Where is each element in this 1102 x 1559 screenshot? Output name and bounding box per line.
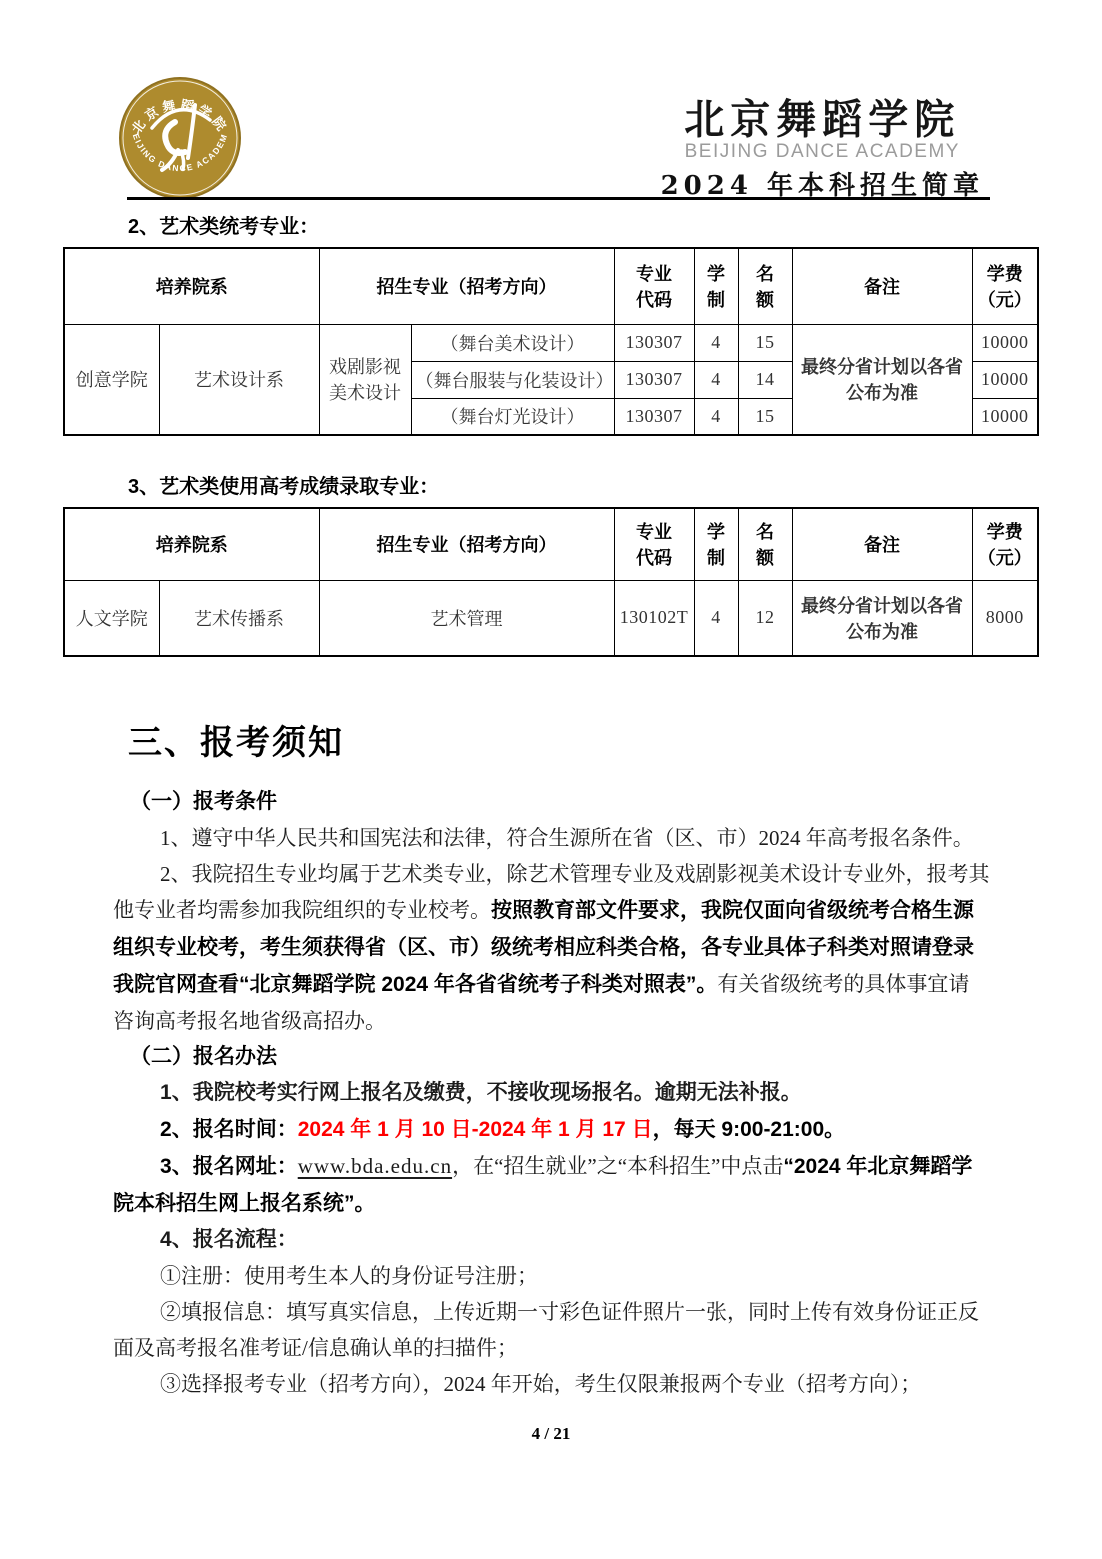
section3-title: 3、艺术类使用高考成绩录取专业：: [128, 470, 990, 499]
academy-seal-logo: 北京舞蹈学院 BEIJING DANCE ACADEMY: [118, 76, 242, 200]
cell-quota: 15: [738, 398, 792, 435]
reg-time-label: 2、报名时间：: [160, 1118, 298, 1141]
col-header-note: 备注: [792, 508, 972, 580]
cell-major: 艺术管理: [319, 580, 614, 656]
table-row: 人文学院 艺术传播系 艺术管理 130102T 4 12 最终分省计划以各省 公…: [64, 580, 1038, 656]
sub-heading-registration: （二）报名办法: [130, 1039, 990, 1075]
col-header-fee: 学费 （元）: [972, 248, 1038, 324]
cell-code: 130307: [614, 398, 694, 435]
page-header: 北京舞蹈学院 BEIJING DANCE ACADEMY 北京舞蹈学院 BEIJ…: [0, 0, 1102, 200]
cell-fee: 10000: [972, 398, 1038, 435]
col-header-dept: 培养院系: [64, 248, 319, 324]
header-divider: [127, 197, 990, 200]
unified-exam-table: 培养院系 招生专业（招考方向） 专业 代码 学 制 名 额 备注 学费 （元） …: [63, 247, 1039, 436]
cell-direction: （舞台服装与化装设计）: [411, 361, 614, 398]
cell-quota: 12: [738, 580, 792, 656]
cell-quota: 15: [738, 324, 792, 361]
cell-direction: （舞台美术设计）: [411, 324, 614, 361]
para-step-2: ②填报信息：填写真实信息，上传近期一寸彩色证件照片一张，同时上传有效身份证正反面…: [113, 1294, 990, 1366]
reg-url-mid: ，在“招生就业”之“本科招生”中点击: [452, 1154, 783, 1178]
cell-college: 人文学院: [64, 580, 159, 656]
seal-icon: 北京舞蹈学院 BEIJING DANCE ACADEMY: [118, 76, 242, 200]
cell-major: 戏剧影视 美术设计: [319, 324, 411, 435]
para-step-3: ③选择报考专业（招考方向），2024 年开始，考生仅限兼报两个专业（招考方向）；: [113, 1366, 990, 1402]
para-reg-time: 2、报名时间：2024 年 1 月 10 日-2024 年 1 月 17 日，每…: [113, 1111, 990, 1148]
header-titles: 北京舞蹈学院 BEIJING DANCE ACADEMY 2024 年本科招生简…: [661, 88, 984, 202]
gaokao-admission-table: 培养院系 招生专业（招考方向） 专业 代码 学 制 名 额 备注 学费 （元） …: [63, 507, 1039, 657]
cell-fee: 8000: [972, 580, 1038, 656]
cell-duration: 4: [694, 324, 738, 361]
notice-section: 三、报考须知 （一）报考条件 1、遵守中华人民共和国宪法和法律，符合生源所在省（…: [113, 715, 990, 1402]
table-header-row: 培养院系 招生专业（招考方向） 专业 代码 学 制 名 额 备注 学费 （元）: [64, 248, 1038, 324]
cell-direction: （舞台灯光设计）: [411, 398, 614, 435]
reg-time-rest: ，每天 9:00-21:00。: [653, 1118, 846, 1141]
col-header-major: 招生专业（招考方向）: [319, 508, 614, 580]
cell-fee: 10000: [972, 324, 1038, 361]
section2-title: 2、艺术类统考专业：: [128, 210, 990, 239]
para-reg-url: 3、报名网址：www.bda.edu.cn，在“招生就业”之“本科招生”中点击“…: [113, 1148, 990, 1222]
col-header-quota: 名 额: [738, 508, 792, 580]
cell-quota: 14: [738, 361, 792, 398]
col-header-major: 招生专业（招考方向）: [319, 248, 614, 324]
cell-college: 创意学院: [64, 324, 159, 435]
para-reg-flow: 4、报名流程：: [113, 1222, 990, 1258]
para-condition-2: 2、我院招生专业均属于艺术类专业，除艺术管理专业及戏剧影视美术设计专业外，报考其…: [113, 856, 990, 1039]
col-header-duration: 学 制: [694, 508, 738, 580]
table-header-row: 培养院系 招生专业（招考方向） 专业 代码 学 制 名 额 备注 学费 （元）: [64, 508, 1038, 580]
sub-heading-conditions: （一）报考条件: [130, 784, 990, 820]
col-header-dept: 培养院系: [64, 508, 319, 580]
cell-note: 最终分省计划以各省 公布为准: [792, 580, 972, 656]
cell-duration: 4: [694, 361, 738, 398]
cell-dept: 艺术传播系: [159, 580, 319, 656]
para-condition-1: 1、遵守中华人民共和国宪法和法律，符合生源所在省（区、市）2024 年高考报名条…: [113, 820, 990, 856]
document-page: 北京舞蹈学院 BEIJING DANCE ACADEMY 北京舞蹈学院 BEIJ…: [0, 0, 1102, 1559]
cell-note: 最终分省计划以各省 公布为准: [792, 324, 972, 435]
col-header-fee: 学费 （元）: [972, 508, 1038, 580]
cell-duration: 4: [694, 580, 738, 656]
cell-duration: 4: [694, 398, 738, 435]
reg-time-dates: 2024 年 1 月 10 日-2024 年 1 月 17 日: [298, 1118, 653, 1141]
cell-code: 130102T: [614, 580, 694, 656]
cell-code: 130307: [614, 324, 694, 361]
reg-url-label: 3、报名网址：: [160, 1155, 298, 1178]
col-header-note: 备注: [792, 248, 972, 324]
col-header-code: 专业 代码: [614, 248, 694, 324]
cell-dept: 艺术设计系: [159, 324, 319, 435]
para-step-1: ①注册：使用考生本人的身份证号注册；: [113, 1258, 990, 1294]
col-header-duration: 学 制: [694, 248, 738, 324]
cell-fee: 10000: [972, 361, 1038, 398]
table-row: 创意学院 艺术设计系 戏剧影视 美术设计 （舞台美术设计） 130307 4 1…: [64, 324, 1038, 361]
academy-name-cn: 北京舞蹈学院: [661, 87, 984, 145]
cell-code: 130307: [614, 361, 694, 398]
para-reg-1: 1、我院校考实行网上报名及缴费，不接收现场报名。逾期无法补报。: [113, 1075, 990, 1111]
col-header-quota: 名 额: [738, 248, 792, 324]
notice-heading: 三、报考须知: [128, 715, 990, 764]
col-header-code: 专业 代码: [614, 508, 694, 580]
registration-website-link[interactable]: www.bda.edu.cn: [298, 1154, 452, 1178]
page-number: 4 / 21: [0, 1424, 1102, 1444]
